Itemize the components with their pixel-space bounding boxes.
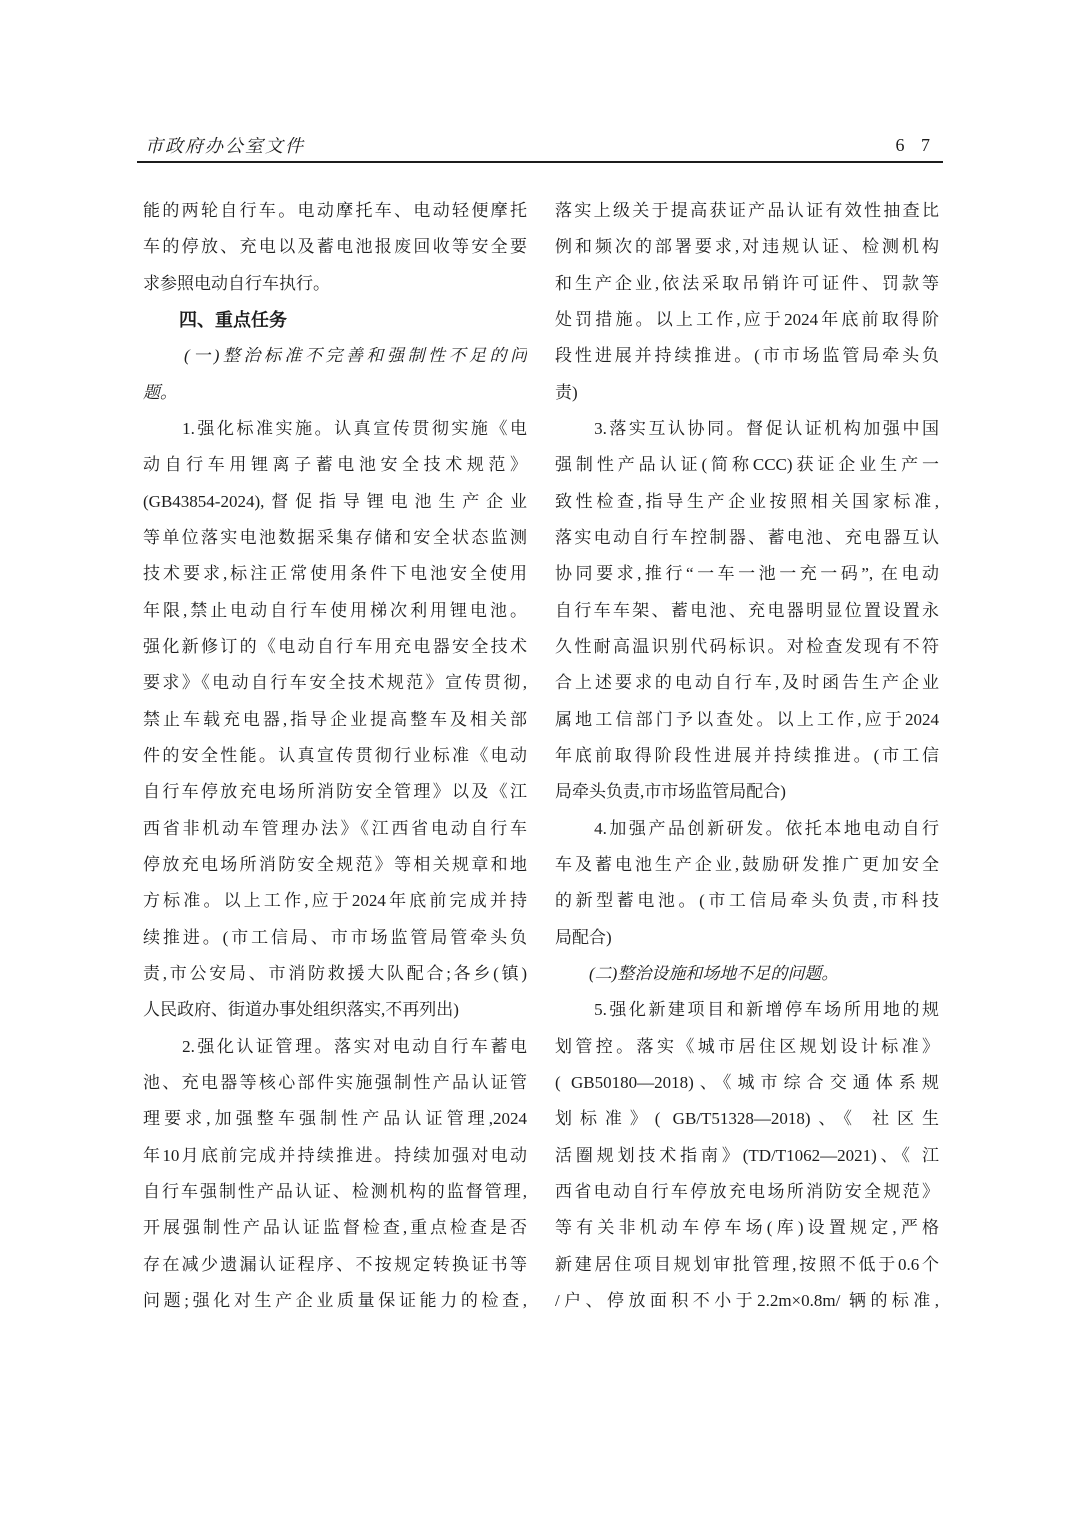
text-line: (一)整治标准不完善和强制性不足的问 (143, 338, 527, 374)
text-line: 1.强化标准实施。认真宣传贯彻实施《电 (143, 411, 527, 447)
header-doc-label: 市政府办公室文件 (145, 132, 305, 158)
text-line: 四、重点任务 (143, 302, 527, 338)
text-line: 4.加强产品创新研发。依托本地电动自行 (555, 811, 939, 847)
text-line: 强化新修订的《电动自行车用充电器安全技术 (143, 629, 527, 665)
left-column: 能的两轮自行车。电动摩托车、电动轻便摩托车的停放、充电以及蓄电池报废回收等安全要… (143, 193, 527, 1319)
text-line: 的新型蓄电池。(市工信局牵头负责,市科技 (555, 883, 939, 919)
text-line: 续推进。(市工信局、市市场监管局管牵头负 (143, 920, 527, 956)
text-line: 动自行车用锂离子蓄电池安全技术规范》 (143, 447, 527, 483)
text-line: 久性耐高温识别代码标识。对检查发现有不符 (555, 629, 939, 665)
text-line: 划管控。落实《城市居住区规划设计标准》 (555, 1029, 939, 1065)
header-rule (137, 161, 943, 163)
text-line: 自行车停放充电场所消防安全管理》以及《江 (143, 774, 527, 810)
document-page: 市政府办公室文件 6 7 能的两轮自行车。电动摩托车、电动轻便摩托车的停放、充电… (0, 0, 1074, 1520)
text-line: 存在减少遗漏认证程序、不按规定转换证书等 (143, 1247, 527, 1283)
text-line: 禁止车载充电器,指导企业提高整车及相关部 (143, 702, 527, 738)
text-line: 年底前取得阶段性进展并持续推进。(市工信 (555, 738, 939, 774)
text-line: 5.强化新建项目和新增停车场所用地的规 (555, 992, 939, 1028)
text-line: 西省非机动车管理办法》《江西省电动自行车 (143, 811, 527, 847)
right-column: 落实上级关于提高获证产品认证有效性抽查比例和频次的部署要求,对违规认证、检测机构… (555, 193, 939, 1319)
text-line: 落实上级关于提高获证产品认证有效性抽查比 (555, 193, 939, 229)
text-line: ( GB50180—2018)、《城市综合交通体系规 (555, 1065, 939, 1101)
text-line: 合上述要求的电动自行车,及时函告生产企业 (555, 665, 939, 701)
text-line: 段性进展并持续推进。(市市场监管局牵头负 (555, 338, 939, 374)
text-line: 自行车强制性产品认证、检测机构的监督管理, (143, 1174, 527, 1210)
text-line: 活圈规划技术指南》(TD/T1062—2021)、《 江 (555, 1138, 939, 1174)
text-line: 强制性产品认证(简称CCC)获证企业生产一 (555, 447, 939, 483)
text-line: 自行车车架、蓄电池、充电器明显位置设置永 (555, 593, 939, 629)
text-line: 问题;强化对生产企业质量保证能力的检查, (143, 1283, 527, 1319)
text-line: 件的安全性能。认真宣传贯彻行业标准《电动 (143, 738, 527, 774)
text-line: 求参照电动自行车执行。 (143, 266, 527, 302)
text-line: 落实电动自行车控制器、蓄电池、充电器互认 (555, 520, 939, 556)
text-line: 题。 (143, 375, 527, 411)
text-line: 3.落实互认协同。督促认证机构加强中国 (555, 411, 939, 447)
text-line: 2.强化认证管理。落实对电动自行车蓄电 (143, 1029, 527, 1065)
text-line: /户、停放面积不小于2.2m×0.8m/ 辆的标准, (555, 1283, 939, 1319)
text-line: 处罚措施。以上工作,应于2024年底前取得阶 (555, 302, 939, 338)
text-line: 要求》《电动自行车安全技术规范》宣传贯彻, (143, 665, 527, 701)
text-line: 责,市公安局、市消防救援大队配合;各乡(镇) (143, 956, 527, 992)
text-line: 属地工信部门予以查处。以上工作,应于2024 (555, 702, 939, 738)
text-line: 新建居住项目规划审批管理,按照不低于0.6个 (555, 1247, 939, 1283)
text-line: 技术要求,标注正常使用条件下电池安全使用 (143, 556, 527, 592)
text-line: 开展强制性产品认证监督检查,重点检查是否 (143, 1210, 527, 1246)
text-line: 理要求,加强整车强制性产品认证管理,2024 (143, 1101, 527, 1137)
text-line: 局配合) (555, 920, 939, 956)
text-line: 局牵头负责,市市场监管局配合) (555, 774, 939, 810)
text-line: 划标准》( GB/T51328—2018)、《 社区生 (555, 1101, 939, 1137)
text-line: 和生产企业,依法采取吊销许可证件、罚款等 (555, 266, 939, 302)
text-line: 致性检查,指导生产企业按照相关国家标准, (555, 484, 939, 520)
text-line: 责) (555, 375, 939, 411)
text-line: 协同要求,推行“一车一池一充一码”, 在电动 (555, 556, 939, 592)
page-number: 6 7 (896, 135, 937, 156)
text-line: 例和频次的部署要求,对违规认证、检测机构 (555, 229, 939, 265)
text-line: 池、充电器等核心部件实施强制性产品认证管 (143, 1065, 527, 1101)
text-line: 停放充电场所消防安全规范》等相关规章和地 (143, 847, 527, 883)
text-line: 等单位落实电池数据采集存储和安全状态监测 (143, 520, 527, 556)
text-line: 能的两轮自行车。电动摩托车、电动轻便摩托 (143, 193, 527, 229)
text-line: 年限,禁止电动自行车使用梯次利用锂电池。 (143, 593, 527, 629)
text-line: 西省电动自行车停放充电场所消防安全规范》 (555, 1174, 939, 1210)
text-line: 等有关非机动车停车场(库)设置规定,严格 (555, 1210, 939, 1246)
text-line: 人民政府、街道办事处组织落实,不再列出) (143, 992, 527, 1028)
text-line: (GB43854-2024),督促指导锂电池生产企业 (143, 484, 527, 520)
document-body: 能的两轮自行车。电动摩托车、电动轻便摩托车的停放、充电以及蓄电池报废回收等安全要… (143, 193, 939, 1319)
text-line: 方标准。以上工作,应于2024年底前完成并持 (143, 883, 527, 919)
text-line: (二)整治设施和场地不足的问题。 (555, 956, 939, 992)
text-line: 年10月底前完成并持续推进。持续加强对电动 (143, 1138, 527, 1174)
text-line: 车的停放、充电以及蓄电池报废回收等安全要 (143, 229, 527, 265)
text-line: 车及蓄电池生产企业,鼓励研发推广更加安全 (555, 847, 939, 883)
